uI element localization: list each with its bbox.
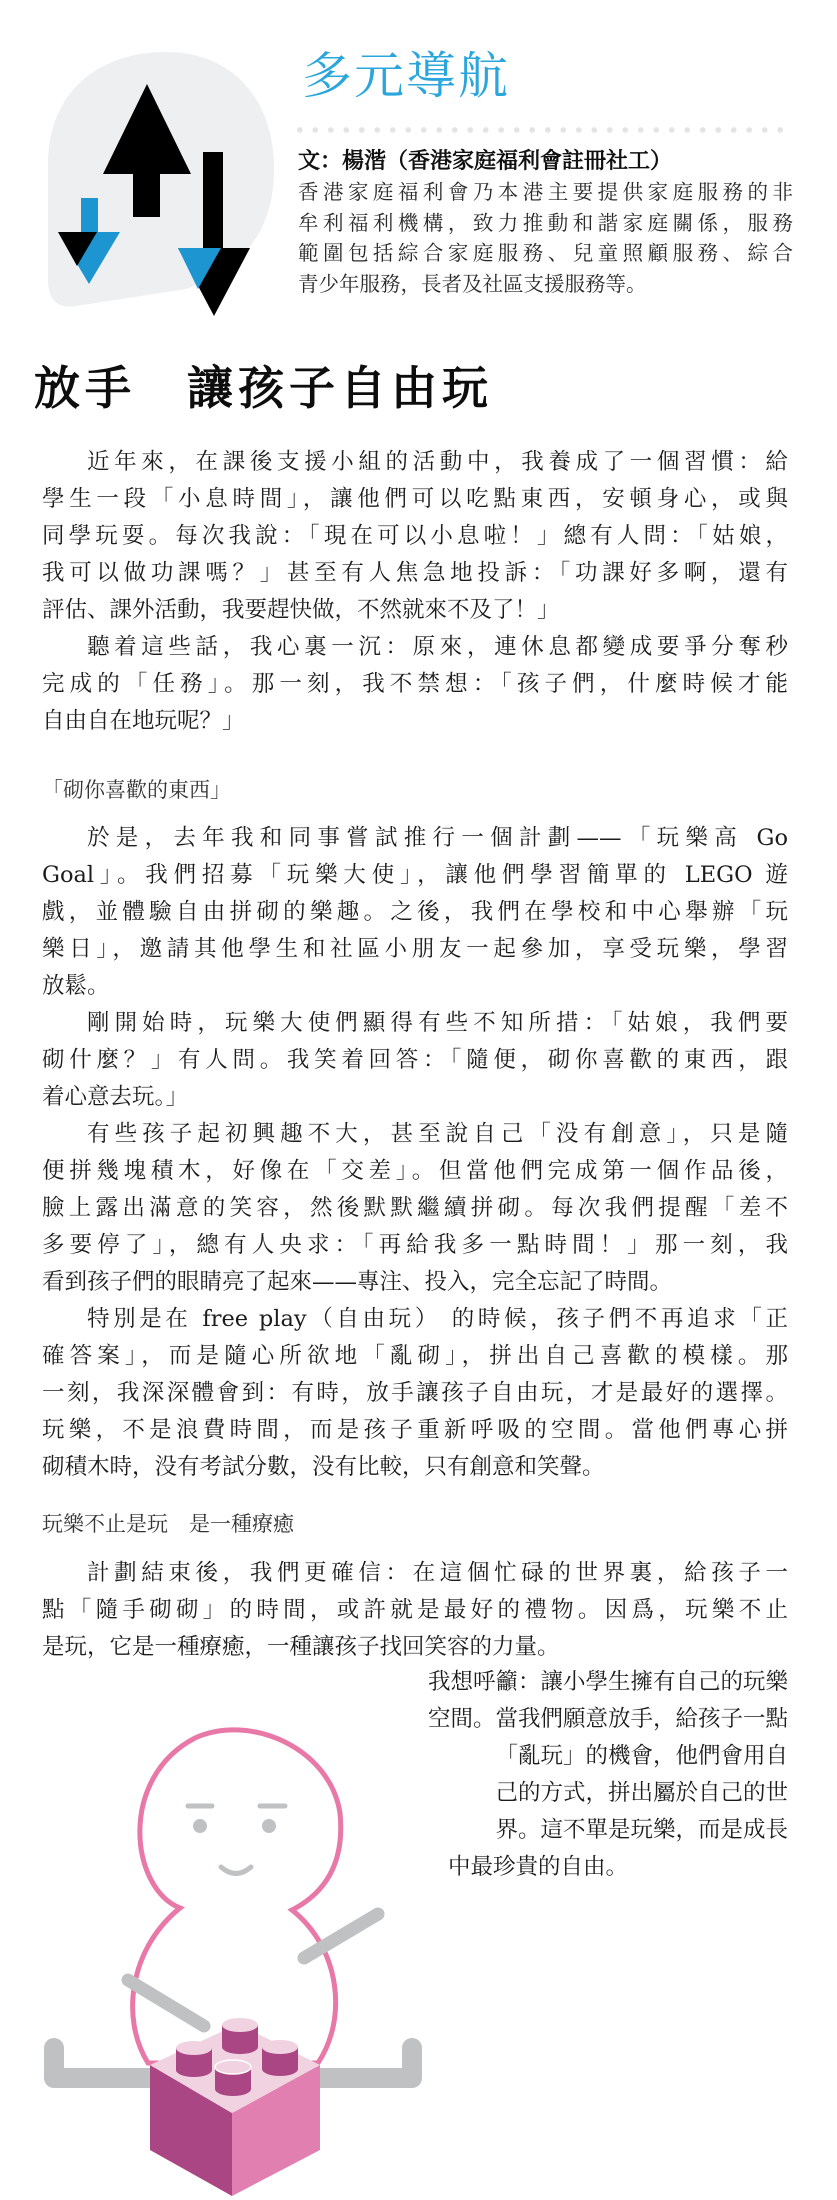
text-line: 完成的「任務」。那一刻，我不禁想：「孩子們，什麼時候才能: [42, 666, 788, 703]
bio-line: 牟利福利機構，致力推動和諧家庭關係，服務: [298, 208, 793, 239]
text-line: 臉上露出滿意的笑容，然後默默繼續拼砌。每次我們提醒「差不: [42, 1190, 788, 1227]
text-line: 砌什麼？」有人問。我笑着回答：「隨便，砌你喜歡的東西，跟: [42, 1042, 788, 1079]
paragraph: 計劃結束後，我們更確信：在這個忙碌的世界裏，給孩子一 點「隨手砌砌」的時間，或許…: [42, 1555, 788, 1666]
text-line: 點「隨手砌砌」的時間，或許就是最好的禮物。因爲，玩樂不止: [42, 1592, 788, 1629]
paragraph: 近年來，在課後支援小組的活動中，我養成了一個習慣：給 學生一段「小息時間」，讓他…: [42, 444, 788, 629]
text-line: 我可以做功課嗎？」甚至有人焦急地投訴：「功課好多啊，還有: [42, 555, 788, 592]
text-line: 砌積木時，没有考試分數，没有比較，只有創意和笑聲。: [42, 1449, 788, 1486]
text-line: 看到孩子們的眼睛亮了起來——專注、投入，完全忘記了時間。: [42, 1264, 788, 1301]
text-line: 玩樂，不是浪費時間，而是孩子重新呼吸的空間。當他們專心拼: [42, 1412, 788, 1449]
up-down-arrows-icon: [36, 44, 286, 334]
paragraph: 聽着這些話，我心裏一沉：原來，連休息都變成要爭分奪秒 完成的「任務」。那一刻，我…: [42, 629, 788, 740]
text-line: 同學玩耍。每次我說：「現在可以小息啦！」總有人問：「姑娘，: [42, 518, 788, 555]
bio-line: 青少年服務，長者及社區支援服務等。: [298, 269, 793, 300]
text-line: 確答案」，而是隨心所欲地「亂砌」，拼出自己喜歡的模樣。那: [42, 1338, 788, 1375]
text-line: 戲，並體驗自由拼砌的樂趣。之後，我們在學校和中心舉辦「玩: [42, 894, 788, 931]
text-line: 是玩，它是一種療癒，一種讓孩子找回笑容的力量。: [42, 1629, 788, 1666]
text-line: 近年來，在課後支援小組的活動中，我養成了一個習慣：給: [42, 444, 788, 481]
author-byline: 文：楊湝（香港家庭福利會註冊社工）: [298, 146, 672, 176]
text-line: 樂日」，邀請其他學生和社區小朋友一起參加，享受玩樂，學習: [42, 931, 788, 968]
text-line: Goal」。我們招募「玩樂大使」，讓他們學習簡單的 LEGO 遊: [42, 857, 788, 894]
paragraph: 於是，去年我和同事嘗試推行一個計劃——「玩樂高 Go Goal」。我們招募「玩樂…: [42, 820, 788, 1005]
text-line: 自由自在地玩呢？」: [42, 703, 788, 740]
paragraph: 剛開始時，玩樂大使們顯得有些不知所措：「姑娘，我們要 砌什麼？」有人問。我笑着回…: [42, 1005, 788, 1116]
text-line: 有些孩子起初興趣不大，甚至說自己「没有創意」，只是隨: [42, 1116, 788, 1153]
column-title: 多元導航: [302, 44, 510, 108]
text-line: 評估、課外活動，我要趕快做，不然就來不及了！」: [42, 592, 788, 629]
text-line: 便拼幾塊積木，好像在「交差」。但當他們完成第一個作品後，: [42, 1153, 788, 1190]
text-line: 計劃結束後，我們更確信：在這個忙碌的世界裏，給孩子一: [42, 1555, 788, 1592]
column-logo: [36, 44, 286, 334]
text-line: 特別是在 free play（自由玩） 的時候，孩子們不再追求「正: [42, 1301, 788, 1338]
text-line: 於是，去年我和同事嘗試推行一個計劃——「玩樂高 Go: [42, 820, 788, 857]
child-outline: [133, 1730, 341, 2063]
article-headline: 放手 讓孩子自由玩: [34, 360, 493, 416]
bio-line: 範圍包括綜合家庭服務、兒童照顧服務、綜合: [298, 238, 793, 269]
author-bio: 香港家庭福利會乃本港主要提供家庭服務的非 牟利福利機構，致力推動和諧家庭關係，服…: [298, 177, 793, 299]
text-line: 着心意去玩。」: [42, 1079, 788, 1116]
text-line: 聽着這些話，我心裏一沉：原來，連休息都變成要爭分奪秒: [42, 629, 788, 666]
text-line: 一刻，我深深體會到：有時，放手讓孩子自由玩，才是最好的選擇。: [42, 1375, 788, 1412]
child-playing-lego-illustration: [40, 1718, 440, 2200]
text-line: 多要停了」，總有人央求：「再給我多一點時間！」那一刻，我: [42, 1227, 788, 1264]
dotted-divider: [292, 126, 792, 134]
text-line: 剛開始時，玩樂大使們顯得有些不知所措：「姑娘，我們要: [42, 1005, 788, 1042]
text-line: 我想呼籲：讓小學生擁有自己的玩樂: [350, 1664, 788, 1701]
section-subheading: 「砌你喜歡的東西」: [42, 774, 231, 806]
paragraph: 有些孩子起初興趣不大，甚至說自己「没有創意」，只是隨 便拼幾塊積木，好像在「交差…: [42, 1116, 788, 1301]
paragraph: 特別是在 free play（自由玩） 的時候，孩子們不再追求「正 確答案」，而…: [42, 1301, 788, 1486]
text-line: 學生一段「小息時間」，讓他們可以吃點東西，安頓身心，或與: [42, 481, 788, 518]
section-subheading: 玩樂不止是玩 是一種療癒: [42, 1508, 294, 1540]
bio-line: 香港家庭福利會乃本港主要提供家庭服務的非: [298, 177, 793, 208]
text-line: 放鬆。: [42, 968, 788, 1005]
